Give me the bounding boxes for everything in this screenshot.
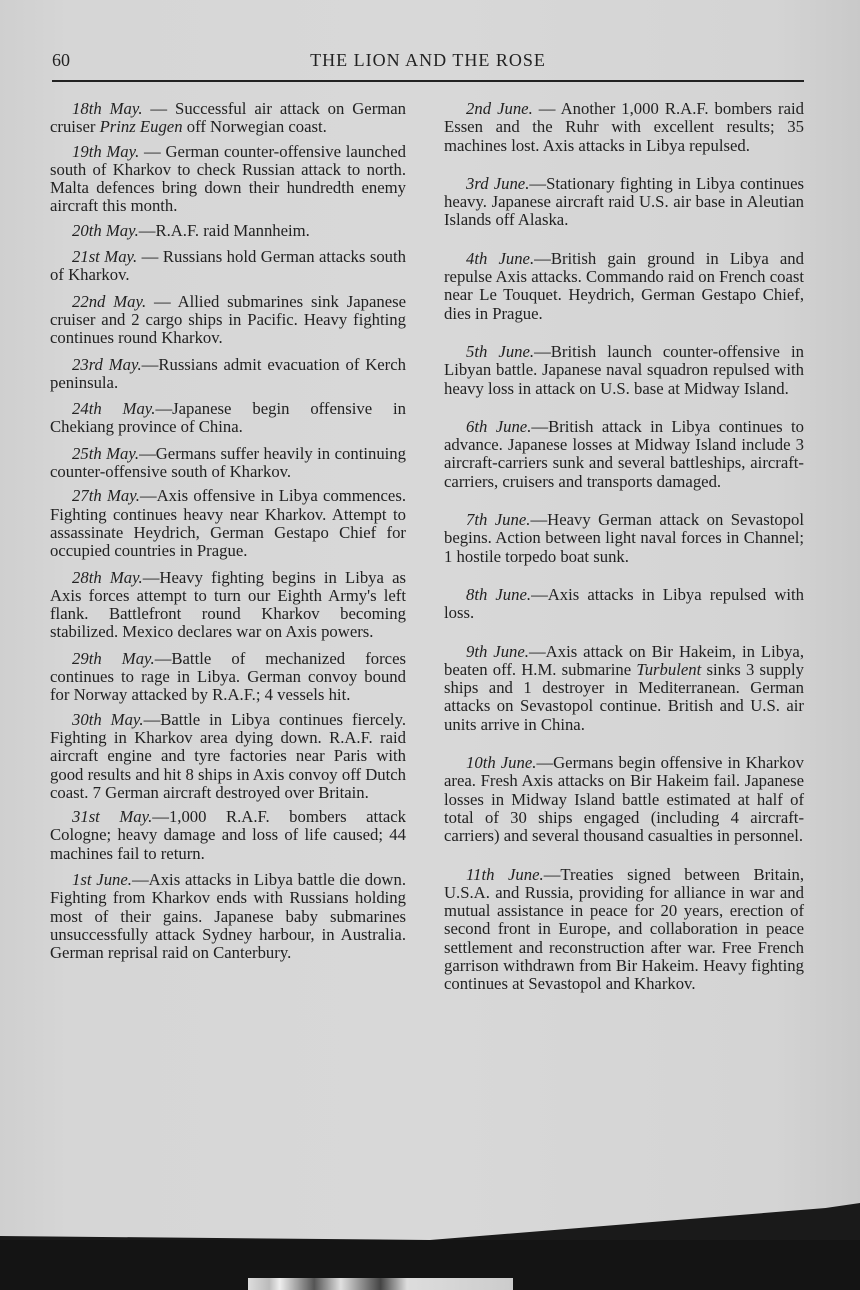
entry-date: 27th May. <box>72 486 140 505</box>
chronology-entry: 29th May.—Battle of mechanized forces co… <box>50 650 406 705</box>
chronology-entry: 10th June.—Germans begin offensive in Kh… <box>444 754 804 845</box>
page-header: 60 THE LION AND THE ROSE <box>52 50 804 74</box>
entry-date: 29th May. <box>72 649 155 668</box>
chronology-entry: 7th June.—Heavy German attack on Sevasto… <box>444 511 804 566</box>
scan-calibration-bar <box>248 1278 513 1290</box>
entry-date: 22nd May. <box>72 292 146 311</box>
chronology-entry: 9th June.—Axis attack on Bir Hakeim, in … <box>444 643 804 734</box>
chronology-entry: 27th May.—Axis offensive in Libya commen… <box>50 487 406 560</box>
entry-text: —Treaties signed between Britain, U.S.A.… <box>444 865 804 994</box>
chronology-entry: 20th May.—R.A.F. raid Mannheim. <box>50 222 406 240</box>
entry-date: 23rd May. <box>72 355 142 374</box>
entry-date: 25th May. <box>72 444 139 463</box>
entry-date: 21st May. <box>72 247 137 266</box>
entry-text: off Norwegian coast. <box>183 117 327 136</box>
entry-date: 20th May. <box>72 221 139 240</box>
chronology-entry: 18th May. — Successful air attack on Ger… <box>50 100 406 137</box>
entry-date: 19th May. <box>72 142 139 161</box>
ship-name: Turbulent <box>636 660 701 679</box>
entry-date: 30th May. <box>72 710 144 729</box>
entry-date: 6th June. <box>466 417 531 436</box>
entry-date: 8th June. <box>466 585 531 604</box>
entry-date: 28th May. <box>72 568 143 587</box>
chronology-entry: 3rd June.—Stationary fighting in Libya c… <box>444 175 804 230</box>
entry-date: 7th June. <box>466 510 530 529</box>
chronology-entry: 21st May. — Russians hold German attacks… <box>50 248 406 285</box>
right-column: 2nd June. — Another 1,000 R.A.F. bombers… <box>444 94 804 994</box>
entry-date: 2nd June. <box>466 99 533 118</box>
entry-text: —R.A.F. raid Mannheim. <box>139 221 310 240</box>
chronology-entry: 30th May.—Battle in Libya continues fier… <box>50 711 406 802</box>
entry-date: 5th June. <box>466 342 534 361</box>
book-page: 60 THE LION AND THE ROSE 18th May. — Suc… <box>0 0 860 1240</box>
chronology-entry: 24th May.—Japanese begin offensive in Ch… <box>50 400 406 437</box>
entry-date: 18th May. <box>72 99 143 118</box>
entry-date: 24th May. <box>72 399 155 418</box>
header-rule <box>52 80 804 82</box>
chronology-entry: 19th May. — German counter-offensive lau… <box>50 143 406 216</box>
running-title: THE LION AND THE ROSE <box>52 50 804 71</box>
chronology-entry: 8th June.—Axis attacks in Libya repulsed… <box>444 586 804 623</box>
chronology-entry: 23rd May.—Russians admit evacuation of K… <box>50 356 406 393</box>
entry-date: 10th June. <box>466 753 536 772</box>
left-column: 18th May. — Successful air attack on Ger… <box>50 94 406 962</box>
chronology-entry: 31st May.—1,000 R.A.F. bombers attack Co… <box>50 808 406 863</box>
chronology-entry: 11th June.—Treaties signed between Brita… <box>444 866 804 994</box>
chronology-entry: 1st June.—Axis attacks in Libya battle d… <box>50 871 406 962</box>
entry-date: 11th June. <box>466 865 544 884</box>
entry-date: 3rd June. <box>466 174 529 193</box>
entry-date: 9th June. <box>466 642 529 661</box>
chronology-entry: 5th June.—British launch counter-offensi… <box>444 343 804 398</box>
entry-date: 4th June. <box>466 249 534 268</box>
chronology-entry: 25th May.—Germans suffer heavily in cont… <box>50 445 406 482</box>
entry-date: 31st May. <box>72 807 152 826</box>
chronology-entry: 22nd May. — Allied submarines sink Japan… <box>50 293 406 348</box>
chronology-entry: 28th May.—Heavy fighting begins in Libya… <box>50 569 406 642</box>
entry-date: 1st June. <box>72 870 132 889</box>
chronology-entry: 4th June.—British gain ground in Libya a… <box>444 250 804 323</box>
chronology-entry: 2nd June. — Another 1,000 R.A.F. bombers… <box>444 100 804 155</box>
chronology-entry: 6th June.—British attack in Libya contin… <box>444 418 804 491</box>
ship-name: Prinz Eugen <box>100 117 183 136</box>
